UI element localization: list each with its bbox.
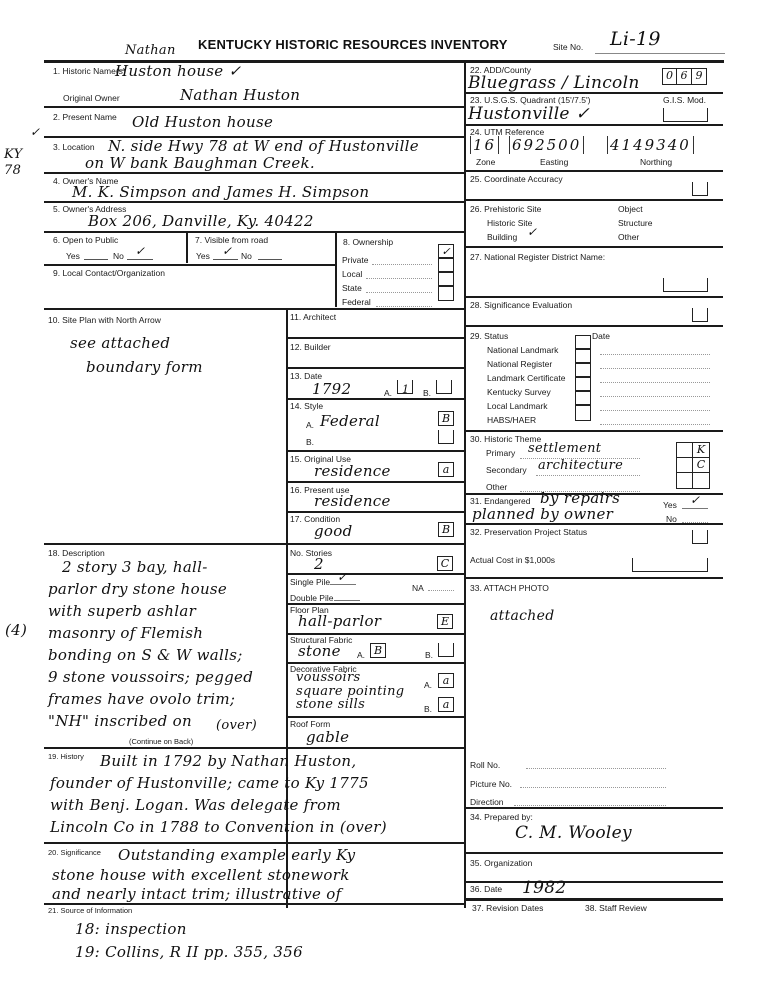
ownership-local: Local xyxy=(342,269,362,279)
date-b-box[interactable] xyxy=(436,380,452,394)
historic-name-value[interactable]: Huston house ✓ xyxy=(115,62,241,80)
gis-mod-label: G.I.S. Mod. xyxy=(663,95,706,105)
attach-photo-label: 33. ATTACH PHOTO xyxy=(470,583,549,593)
endangered-yes-label: Yes xyxy=(663,500,677,510)
date-prepared-value[interactable]: 1982 xyxy=(522,878,566,898)
condition-value[interactable]: good xyxy=(314,522,352,540)
open-no-label: No xyxy=(113,251,124,261)
original-use-value[interactable]: residence xyxy=(314,462,391,480)
status-date-line[interactable] xyxy=(600,396,710,397)
utm-easting[interactable]: 692500 xyxy=(509,136,584,154)
ownership-federal: Federal xyxy=(342,297,371,307)
structural-a-label: A. xyxy=(357,650,365,660)
quadrant-value[interactable]: Hustonville ✓ xyxy=(468,104,590,124)
theme-code-cell xyxy=(677,443,693,458)
theme-secondary-label: Secondary xyxy=(486,465,527,475)
status-date-line[interactable] xyxy=(600,410,710,411)
divider xyxy=(44,747,465,749)
present-name-value[interactable]: Old Huston house xyxy=(132,113,273,131)
prepared-by-value[interactable]: C. M. Wooley xyxy=(515,823,632,843)
owner-name-value[interactable]: M. K. Simpson and James H. Simpson xyxy=(72,183,369,201)
theme-primary-code: K xyxy=(693,443,709,458)
margin-note-check: ✓ xyxy=(30,125,40,139)
open-no-mark: ✓ xyxy=(135,244,145,258)
double-pile-label: Double Pile xyxy=(290,593,333,603)
divider xyxy=(465,523,723,525)
decorative-a-label: A. xyxy=(424,680,432,690)
significance-line-2[interactable]: stone house with excellent stonework xyxy=(52,866,350,884)
theme-other-label: Other xyxy=(486,482,507,492)
ownership-private-checkbox[interactable]: ✓ xyxy=(438,244,454,258)
site-no-value[interactable]: Li-19 xyxy=(610,28,661,50)
divider xyxy=(335,231,337,307)
history-line-2[interactable]: founder of Hustonville; came to Ky 1775 xyxy=(50,774,369,792)
divider xyxy=(465,807,723,809)
site-plan-label: 10. Site Plan with North Arrow xyxy=(48,315,161,325)
location-value-1[interactable]: N. side Hwy 78 at W end of Hustonville xyxy=(108,137,419,155)
prehistoric-site-label: 26. Prehistoric Site xyxy=(470,204,541,214)
status-date-label: Date xyxy=(592,331,610,341)
decorative-a-code[interactable]: a xyxy=(438,673,454,688)
ownership-federal-checkbox[interactable] xyxy=(438,286,454,301)
source-line-1[interactable]: 18: inspection xyxy=(75,920,187,938)
divider xyxy=(44,172,465,174)
utm-northing[interactable]: 4149340 xyxy=(607,136,694,154)
style-a-value[interactable]: Federal xyxy=(320,412,380,430)
divider xyxy=(186,231,188,263)
divider xyxy=(286,398,465,400)
divider xyxy=(286,450,465,452)
date-a-box[interactable]: 1 xyxy=(397,380,413,394)
description-margin-note: (4) xyxy=(5,621,27,639)
divider xyxy=(286,573,465,575)
style-label: 14. Style xyxy=(290,401,323,411)
structure-label: Structure xyxy=(618,218,653,228)
staff-review-label: 38. Staff Review xyxy=(585,903,647,913)
status-national-landmark-box[interactable] xyxy=(575,335,591,349)
status-kentucky-survey: Kentucky Survey xyxy=(487,387,551,397)
coordinate-accuracy-label: 25. Coordinate Accuracy xyxy=(470,174,563,184)
ownership-state-checkbox[interactable] xyxy=(438,272,454,286)
decorative-b-label: B. xyxy=(424,704,432,714)
theme-secondary-code: C xyxy=(693,458,709,473)
description-line-2[interactable]: parlor dry stone house xyxy=(48,580,227,598)
description-line-7[interactable]: frames have ovolo trim; xyxy=(48,690,235,708)
open-yes-label: Yes xyxy=(66,251,80,261)
roof-form-value[interactable]: gable xyxy=(306,728,349,746)
na-label: NA xyxy=(412,583,424,593)
original-owner-label: Original Owner xyxy=(63,93,120,103)
utm-easting-label: Easting xyxy=(540,157,568,167)
style-a-code[interactable]: B xyxy=(438,411,454,426)
building-label: Building xyxy=(487,232,517,242)
divider xyxy=(465,296,723,298)
direction-line[interactable] xyxy=(514,805,666,806)
decorative-value-3[interactable]: stone sills xyxy=(296,697,365,712)
nr-district-box[interactable] xyxy=(663,278,708,292)
margin-note-ky78: KY 78 xyxy=(4,147,28,179)
divider xyxy=(465,199,723,201)
divider xyxy=(465,325,723,327)
divider xyxy=(44,264,335,266)
open-no-blank[interactable] xyxy=(127,259,153,260)
leader-dots xyxy=(366,278,432,279)
theme-code-grid[interactable]: K C xyxy=(676,442,710,489)
endangered-value-2[interactable]: planned by owner xyxy=(472,505,613,523)
description-line-8[interactable]: "NH" inscribed on xyxy=(48,712,192,730)
divider xyxy=(465,852,723,854)
object-label: Object xyxy=(618,204,643,214)
status-kentucky-survey-box[interactable] xyxy=(575,377,591,391)
nr-district-label: 27. National Register District Name: xyxy=(470,252,605,262)
status-national-register-box[interactable] xyxy=(575,349,591,363)
significance-eval-label: 28. Significance Evaluation xyxy=(470,300,572,310)
divider xyxy=(465,577,723,579)
utm-zone[interactable]: 16 xyxy=(470,136,499,154)
date-value[interactable]: 1792 xyxy=(312,380,351,398)
other-label: Other xyxy=(618,232,639,242)
direction-label: Direction xyxy=(470,797,504,807)
description-line-5[interactable]: bonding on S & W walls; xyxy=(48,646,243,664)
style-a-label: A. xyxy=(306,420,314,430)
endangered-yes-blank[interactable] xyxy=(682,508,708,509)
single-pile-blank[interactable] xyxy=(330,584,356,585)
status-national-landmark: National Landmark xyxy=(487,345,558,355)
history-line-3[interactable]: with Benj. Logan. Was delegate from xyxy=(50,796,341,814)
organization-label: 35. Organization xyxy=(470,858,532,868)
roll-no-label: Roll No. xyxy=(470,760,500,770)
picture-no-line[interactable] xyxy=(520,787,666,788)
floor-plan-code[interactable]: E xyxy=(437,614,453,629)
decorative-b-code[interactable]: a xyxy=(438,697,454,712)
divider xyxy=(465,430,723,432)
source-label: 21. Source of Information xyxy=(48,906,132,915)
site-no-underline xyxy=(595,53,725,54)
floor-plan-value[interactable]: hall-parlor xyxy=(298,612,381,630)
status-habs-haer-box[interactable] xyxy=(575,405,591,421)
divider xyxy=(286,511,465,513)
open-to-public-label: 6. Open to Public xyxy=(53,235,118,245)
status-national-register: National Register xyxy=(487,359,552,369)
visible-no-label: No xyxy=(241,251,252,261)
theme-code-cell xyxy=(677,458,693,473)
stories-label: No. Stories xyxy=(290,548,332,558)
date-prepared-label: 36. Date xyxy=(470,884,502,894)
leader-dots xyxy=(376,306,432,307)
description-line-4[interactable]: masonry of Flemish xyxy=(48,624,203,642)
divider xyxy=(44,201,465,203)
visible-no-blank[interactable] xyxy=(258,259,282,260)
preservation-status-box[interactable] xyxy=(692,530,708,544)
divider xyxy=(465,124,723,126)
status-date-line[interactable] xyxy=(600,382,710,383)
divider xyxy=(44,106,465,108)
original-use-code[interactable]: a xyxy=(438,462,454,477)
divider xyxy=(465,246,723,248)
status-label: 29. Status xyxy=(470,331,508,341)
visible-yes-blank[interactable] xyxy=(213,259,238,260)
builder-label: 12. Builder xyxy=(290,342,331,352)
theme-code-cell xyxy=(677,473,693,488)
coordinate-accuracy-box[interactable] xyxy=(692,182,708,196)
attach-photo-value[interactable]: attached xyxy=(490,608,554,624)
location-value-2[interactable]: on W bank Baughman Creek. xyxy=(85,154,315,172)
status-date-line[interactable] xyxy=(600,424,710,425)
theme-primary-value[interactable]: settlement xyxy=(528,441,601,456)
divider xyxy=(44,903,465,905)
form-title: KENTUCKY HISTORIC RESOURCES INVENTORY xyxy=(198,37,508,52)
structural-fabric-value[interactable]: stone xyxy=(298,642,341,660)
significance-line-1[interactable]: Outstanding example early Ky xyxy=(118,846,355,864)
divider xyxy=(286,367,465,369)
double-pile-blank[interactable] xyxy=(334,600,360,601)
prepared-by-label: 34. Prepared by: xyxy=(470,812,533,822)
description-line-3[interactable]: with superb ashlar xyxy=(48,602,196,620)
utm-northing-label: Northing xyxy=(640,157,672,167)
leader-dots xyxy=(372,264,432,265)
divider xyxy=(286,716,465,718)
significance-line-3[interactable]: and nearly intact trim; illustrative of xyxy=(52,885,341,903)
theme-secondary-value[interactable]: architecture xyxy=(538,458,623,473)
divider xyxy=(44,842,465,844)
stories-code[interactable]: C xyxy=(437,556,453,571)
na-blank[interactable] xyxy=(428,590,454,591)
status-local-landmark-box[interactable] xyxy=(575,391,591,405)
county-code-boxes[interactable]: 0 6 9 xyxy=(662,68,707,85)
divider xyxy=(465,898,723,901)
status-landmark-certificate: Landmark Certificate xyxy=(487,373,565,383)
original-owner-value[interactable]: Nathan Huston xyxy=(180,86,300,104)
location-label: 3. Location xyxy=(53,142,95,152)
history-line-1[interactable]: Built in 1792 by Nathan Huston, xyxy=(100,752,356,770)
divider xyxy=(44,231,465,233)
single-pile-mark: ✓ xyxy=(337,570,347,584)
single-pile-label: Single Pile xyxy=(290,577,330,587)
ownership-label: 8. Ownership xyxy=(343,237,393,247)
description-line-6[interactable]: 9 stone voussoirs; pegged xyxy=(48,668,253,686)
site-plan-value-2[interactable]: boundary form xyxy=(86,358,203,376)
preservation-status-label: 32. Preservation Project Status xyxy=(470,527,587,537)
description-over: (over) xyxy=(216,718,257,733)
leader-dots xyxy=(520,458,640,459)
revision-dates-label: 37. Revision Dates xyxy=(472,903,543,913)
status-date-line[interactable] xyxy=(600,368,710,369)
ownership-local-checkbox[interactable] xyxy=(438,258,454,272)
structural-a-code[interactable]: B xyxy=(370,643,386,658)
divider xyxy=(286,337,465,339)
actual-cost-box[interactable] xyxy=(632,558,708,572)
leader-dots xyxy=(536,475,640,476)
divider xyxy=(465,92,723,94)
date-a-label: A. xyxy=(384,388,392,398)
date-a-value: 1 xyxy=(398,383,409,396)
add-county-value[interactable]: Bluegrass / Lincoln xyxy=(468,73,640,93)
visible-yes-mark: ✓ xyxy=(222,244,232,258)
picture-no-label: Picture No. xyxy=(470,779,512,789)
county-code-digit: 0 xyxy=(662,68,677,85)
roll-no-line[interactable] xyxy=(526,768,666,769)
visible-yes-label: Yes xyxy=(196,251,210,261)
margin-note-nathan: Nathan xyxy=(125,43,176,58)
history-label: 19. History xyxy=(48,752,84,761)
endangered-yes-mark: ✓ xyxy=(690,493,700,507)
county-code-digit: 6 xyxy=(677,68,692,85)
leader-dots xyxy=(366,292,432,293)
ownership-private: Private xyxy=(342,255,368,265)
county-code-digit: 9 xyxy=(692,68,707,85)
status-date-line[interactable] xyxy=(600,354,710,355)
status-local-landmark: Local Landmark xyxy=(487,401,547,411)
continue-on-back: (Continue on Back) xyxy=(129,737,193,746)
open-yes-blank[interactable] xyxy=(84,259,108,260)
history-line-4[interactable]: Lincoln Co in 1788 to Convention in (ove… xyxy=(50,818,387,836)
significance-label: 20. Significance xyxy=(48,848,101,857)
owner-address-value[interactable]: Box 206, Danville, Ky. 40422 xyxy=(88,212,314,230)
status-habs-haer: HABS/HAER xyxy=(487,415,536,425)
gis-mod-box[interactable] xyxy=(663,108,708,122)
utm-zone-label: Zone xyxy=(476,157,495,167)
style-b-label: B. xyxy=(306,437,314,447)
column-divider xyxy=(464,60,466,908)
source-line-2[interactable]: 19: Collins, R II pp. 355, 356 xyxy=(75,943,303,961)
theme-primary-label: Primary xyxy=(486,448,515,458)
building-mark: ✓ xyxy=(527,225,537,239)
present-use-value[interactable]: residence xyxy=(314,492,391,510)
theme-code-cell xyxy=(693,473,709,488)
description-label: 18. Description xyxy=(48,548,105,558)
historic-site-label: Historic Site xyxy=(487,218,532,228)
divider xyxy=(44,308,465,310)
divider xyxy=(465,881,723,883)
condition-code[interactable]: B xyxy=(438,522,454,537)
style-b-box[interactable] xyxy=(438,430,454,444)
stories-value[interactable]: 2 xyxy=(314,555,324,573)
significance-eval-box[interactable] xyxy=(692,308,708,322)
local-contact-label: 9. Local Contact/Organization xyxy=(53,268,165,278)
divider xyxy=(465,170,723,172)
status-landmark-certificate-box[interactable] xyxy=(575,363,591,377)
ownership-state: State xyxy=(342,283,362,293)
actual-cost-label: Actual Cost in $1,000s xyxy=(470,555,555,565)
structural-b-box[interactable] xyxy=(438,643,454,657)
description-line-1[interactable]: 2 story 3 bay, hall- xyxy=(62,558,208,576)
structural-b-label: B. xyxy=(425,650,433,660)
present-name-label: 2. Present Name xyxy=(53,112,117,122)
divider xyxy=(44,543,465,545)
site-no-label: Site No. xyxy=(553,42,583,52)
architect-label: 11. Architect xyxy=(290,312,336,322)
divider xyxy=(286,481,465,483)
site-plan-value-1[interactable]: see attached xyxy=(70,334,170,352)
decorative-value-1[interactable]: voussoirs xyxy=(296,670,360,685)
date-b-label: B. xyxy=(423,388,431,398)
